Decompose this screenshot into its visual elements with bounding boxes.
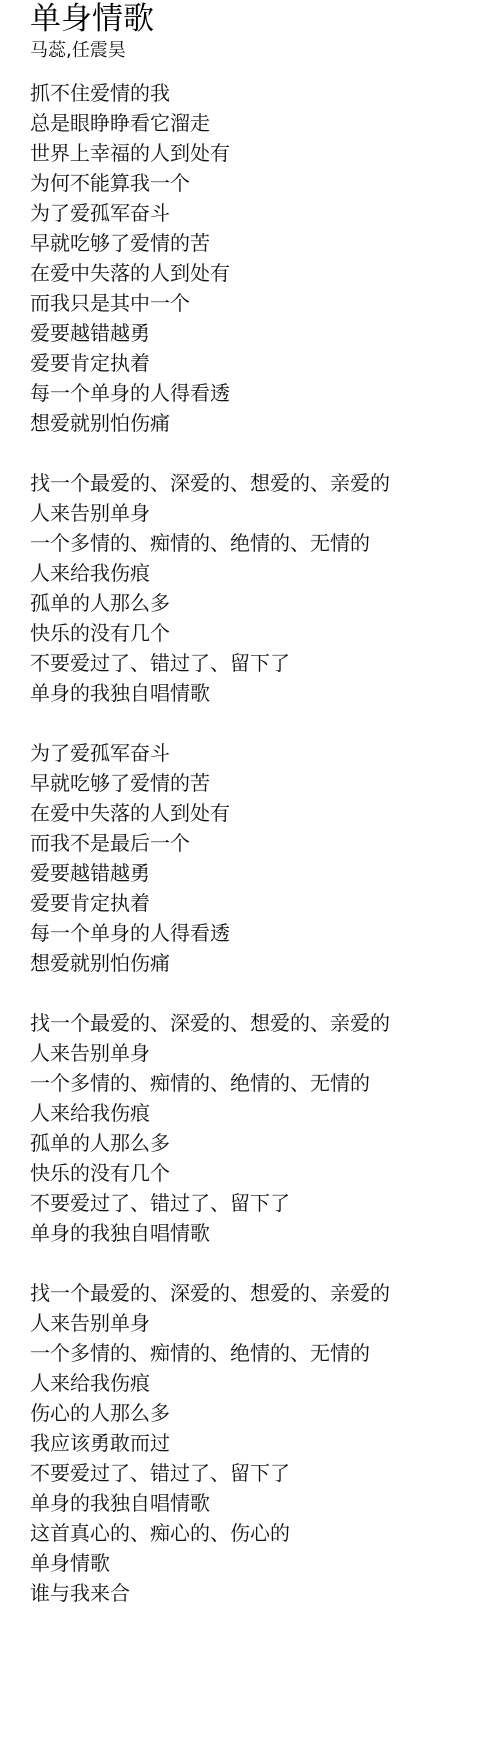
lyric-line: 想爱就别怕伤痛 — [30, 408, 490, 438]
lyric-line: 世界上幸福的人到处有 — [30, 138, 490, 168]
stanza-3: 为了爱孤军奋斗 早就吃够了爱情的苦 在爱中失落的人到处有 而我不是最后一个 爱要… — [30, 738, 490, 978]
lyric-line: 早就吃够了爱情的苦 — [30, 228, 490, 258]
lyric-line: 单身的我独自唱情歌 — [30, 1218, 490, 1248]
lyric-line: 不要爱过了、错过了、留下了 — [30, 1458, 490, 1488]
lyric-line: 快乐的没有几个 — [30, 618, 490, 648]
stanza-1: 抓不住爱情的我 总是眼睁睁看它溜走 世界上幸福的人到处有 为何不能算我一个 为了… — [30, 78, 490, 438]
lyric-line: 快乐的没有几个 — [30, 1158, 490, 1188]
lyric-line: 一个多情的、痴情的、绝情的、无情的 — [30, 1338, 490, 1368]
lyric-line: 单身情歌 — [30, 1548, 490, 1578]
lyric-line: 人来给我伤痕 — [30, 558, 490, 588]
lyric-line: 而我只是其中一个 — [30, 288, 490, 318]
lyric-line: 爱要肯定执着 — [30, 888, 490, 918]
lyric-line: 抓不住爱情的我 — [30, 78, 490, 108]
lyric-line: 在爱中失落的人到处有 — [30, 258, 490, 288]
lyric-line: 找一个最爱的、深爱的、想爱的、亲爱的 — [30, 1278, 490, 1308]
lyric-line: 而我不是最后一个 — [30, 828, 490, 858]
lyric-line: 爱要肯定执着 — [30, 348, 490, 378]
lyric-line: 人来告别单身 — [30, 1038, 490, 1068]
lyric-line: 爱要越错越勇 — [30, 318, 490, 348]
lyric-line: 不要爱过了、错过了、留下了 — [30, 1188, 490, 1218]
lyric-line: 单身的我独自唱情歌 — [30, 678, 490, 708]
lyrics-body: 抓不住爱情的我 总是眼睁睁看它溜走 世界上幸福的人到处有 为何不能算我一个 为了… — [30, 78, 490, 1608]
lyric-line: 总是眼睁睁看它溜走 — [30, 108, 490, 138]
lyric-line: 为何不能算我一个 — [30, 168, 490, 198]
song-title: 单身情歌 — [30, 0, 490, 38]
lyric-line: 人来告别单身 — [30, 1308, 490, 1338]
lyric-line: 为了爱孤军奋斗 — [30, 198, 490, 228]
lyric-line: 伤心的人那么多 — [30, 1398, 490, 1428]
lyric-line: 一个多情的、痴情的、绝情的、无情的 — [30, 528, 490, 558]
lyric-line: 找一个最爱的、深爱的、想爱的、亲爱的 — [30, 1008, 490, 1038]
lyric-line: 每一个单身的人得看透 — [30, 378, 490, 408]
lyric-line: 为了爱孤军奋斗 — [30, 738, 490, 768]
lyric-line: 想爱就别怕伤痛 — [30, 948, 490, 978]
lyric-line: 单身的我独自唱情歌 — [30, 1488, 490, 1518]
lyric-line: 爱要越错越勇 — [30, 858, 490, 888]
lyric-line: 我应该勇敢而过 — [30, 1428, 490, 1458]
lyric-line: 早就吃够了爱情的苦 — [30, 768, 490, 798]
lyric-line: 这首真心的、痴心的、伤心的 — [30, 1518, 490, 1548]
stanza-5: 找一个最爱的、深爱的、想爱的、亲爱的 人来告别单身 一个多情的、痴情的、绝情的、… — [30, 1278, 490, 1608]
lyric-line: 孤单的人那么多 — [30, 588, 490, 618]
stanza-2: 找一个最爱的、深爱的、想爱的、亲爱的 人来告别单身 一个多情的、痴情的、绝情的、… — [30, 468, 490, 708]
lyric-line: 孤单的人那么多 — [30, 1128, 490, 1158]
lyric-line: 一个多情的、痴情的、绝情的、无情的 — [30, 1068, 490, 1098]
lyric-line: 人来给我伤痕 — [30, 1368, 490, 1398]
lyrics-page: 单身情歌 马蕊,任震昊 抓不住爱情的我 总是眼睁睁看它溜走 世界上幸福的人到处有… — [30, 0, 490, 1638]
lyric-line: 每一个单身的人得看透 — [30, 918, 490, 948]
song-artist: 马蕊,任震昊 — [30, 39, 490, 63]
lyric-line: 人来给我伤痕 — [30, 1098, 490, 1128]
lyric-line: 人来告别单身 — [30, 498, 490, 528]
lyric-line: 在爱中失落的人到处有 — [30, 798, 490, 828]
lyric-line: 不要爱过了、错过了、留下了 — [30, 648, 490, 678]
lyric-line: 谁与我来合 — [30, 1578, 490, 1608]
lyric-line: 找一个最爱的、深爱的、想爱的、亲爱的 — [30, 468, 490, 498]
stanza-4: 找一个最爱的、深爱的、想爱的、亲爱的 人来告别单身 一个多情的、痴情的、绝情的、… — [30, 1008, 490, 1248]
